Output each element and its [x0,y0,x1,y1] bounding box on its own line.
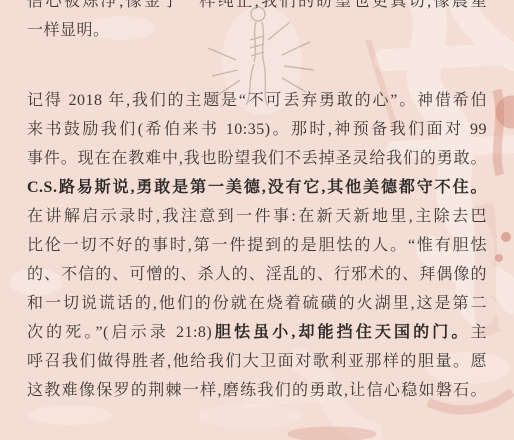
text-segment: 次的死。”(启示录 21:8) [27,324,212,341]
text-line: 和一切说谎话的,他们的份就在烧着硫磺的火湖里,这是第二 [27,289,487,318]
text-segment: 胆怯虽小,却能挡住天国的门。 [212,324,470,341]
text-segment: 在讲解启示录时,我注意到一件事:在新天新地里,主除去巴 [27,208,487,225]
text-line: 记得 2018 年,我们的主题是“不可丢弃勇敢的心”。神借希伯 [27,86,487,115]
text-line: 次的死。”(启示录 21:8)胆怯虽小,却能挡住天国的门。主 [27,318,487,347]
text-line: 比伦一切不好的事时,第一件提到的是胆怯的人。“惟有胆怯 [27,231,487,260]
text-line: 来书鼓励我们(希伯来书 10:35)。那时,神预备我们面对 99 [27,115,487,144]
text-line: 在讲解启示录时,我注意到一件事:在新天新地里,主除去巴 [27,202,487,231]
text-segment: 呼召我们做得胜者,他给我们大卫面对歌利亚那样的胆量。愿 [27,353,487,370]
text-line: 一样显明。 [27,16,487,45]
text-segment: 事件。现在在教难中,我也盼望我们不丢掉圣灵给我们的勇敢。 [27,150,487,167]
text-line: 事件。现在在教难中,我也盼望我们不丢掉圣灵给我们的勇敢。 [27,144,487,173]
text-segment: 来书鼓励我们(希伯来书 10:35)。那时,神预备我们面对 99 [27,121,487,138]
text-line: 这教难像保罗的荆棘一样,磨练我们的勇敢,让信心稳如磐石。 [27,376,487,405]
paragraph: 记得 2018 年,我们的主题是“不可丢弃勇敢的心”。神借希伯来书鼓励我们(希伯… [27,86,487,405]
text-segment: 这教难像保罗的荆棘一样,磨练我们的勇敢,让信心稳如磐石。 [27,382,487,399]
text-segment: 比伦一切不好的事时,第一件提到的是胆怯的人。“惟有胆怯 [27,237,487,254]
text-segment: 一样显明。 [27,22,110,39]
text-segment: 主 [470,324,487,341]
text-segment: 信心被炼净,像金子一样纯正,我们的盼望也更真切,像晨星 [27,0,487,10]
paragraph: 信心被炼净,像金子一样纯正,我们的盼望也更真切,像晨星一样显明。 [27,0,487,45]
text-line: 呼召我们做得胜者,他给我们大卫面对歌利亚那样的胆量。愿 [27,347,487,376]
text-segment: C.S.路易斯说,勇敢是第一美德,没有它,其他美德都守不住。 [27,179,487,196]
text-line: 信心被炼净,像金子一样纯正,我们的盼望也更真切,像晨星 [27,0,487,16]
text-line: C.S.路易斯说,勇敢是第一美德,没有它,其他美德都守不住。 [27,173,487,202]
document-page: 信心被炼净,像金子一样纯正,我们的盼望也更真切,像晨星一样显明。记得 2018 … [0,0,514,440]
document-text: 信心被炼净,像金子一样纯正,我们的盼望也更真切,像晨星一样显明。记得 2018 … [27,0,487,405]
text-segment: 和一切说谎话的,他们的份就在烧着硫磺的火湖里,这是第二 [27,295,487,312]
text-line: 的、不信的、可憎的、杀人的、淫乱的、行邪术的、拜偶像的 [27,260,487,289]
text-segment: 的、不信的、可憎的、杀人的、淫乱的、行邪术的、拜偶像的 [27,266,487,283]
text-segment: 记得 2018 年,我们的主题是“不可丢弃勇敢的心”。神借希伯 [27,92,487,109]
